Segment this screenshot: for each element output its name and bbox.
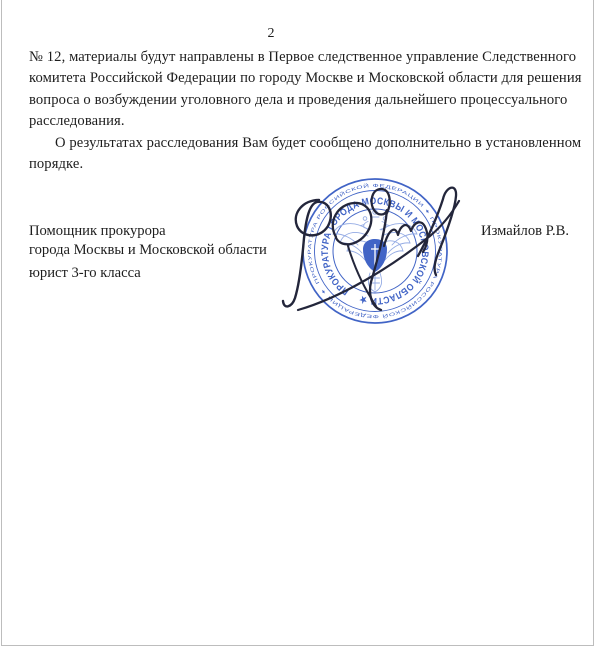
stamp-and-signature: ПРОКУРАТУРА РОССИЙСКОЙ ФЕДЕРАЦИИ ✦ ПРОКУ… — [272, 158, 478, 344]
signer-position: Помощник прокурора города Москвы и Моско… — [29, 222, 267, 283]
text-line: вопроса о возбуждении уголовного дела и … — [29, 90, 581, 111]
prosecutor-stamp: ПРОКУРАТУРА РОССИЙСКОЙ ФЕДЕРАЦИИ ✦ ПРОКУ… — [272, 158, 478, 344]
text-line: О результатах расследования Вам будет со… — [29, 133, 581, 154]
document-page: 2 № 12, материалы будут направлены в Пер… — [1, 0, 594, 646]
signer-name: Измайлов Р.В. — [481, 222, 569, 241]
text-line: комитета Российской Федерации по городу … — [29, 68, 581, 89]
paragraph-case-referral: № 12, материалы будут направлены в Перво… — [29, 47, 581, 133]
page-number: 2 — [0, 26, 547, 44]
text-line: расследования. — [29, 111, 581, 132]
signer-position-line1: Помощник прокурора — [29, 222, 267, 241]
signer-rank: юрист 3-го класса — [29, 264, 267, 283]
text-line: № 12, материалы будут направлены в Перво… — [29, 47, 581, 68]
signer-position-line2: города Москвы и Московской области — [29, 241, 267, 260]
